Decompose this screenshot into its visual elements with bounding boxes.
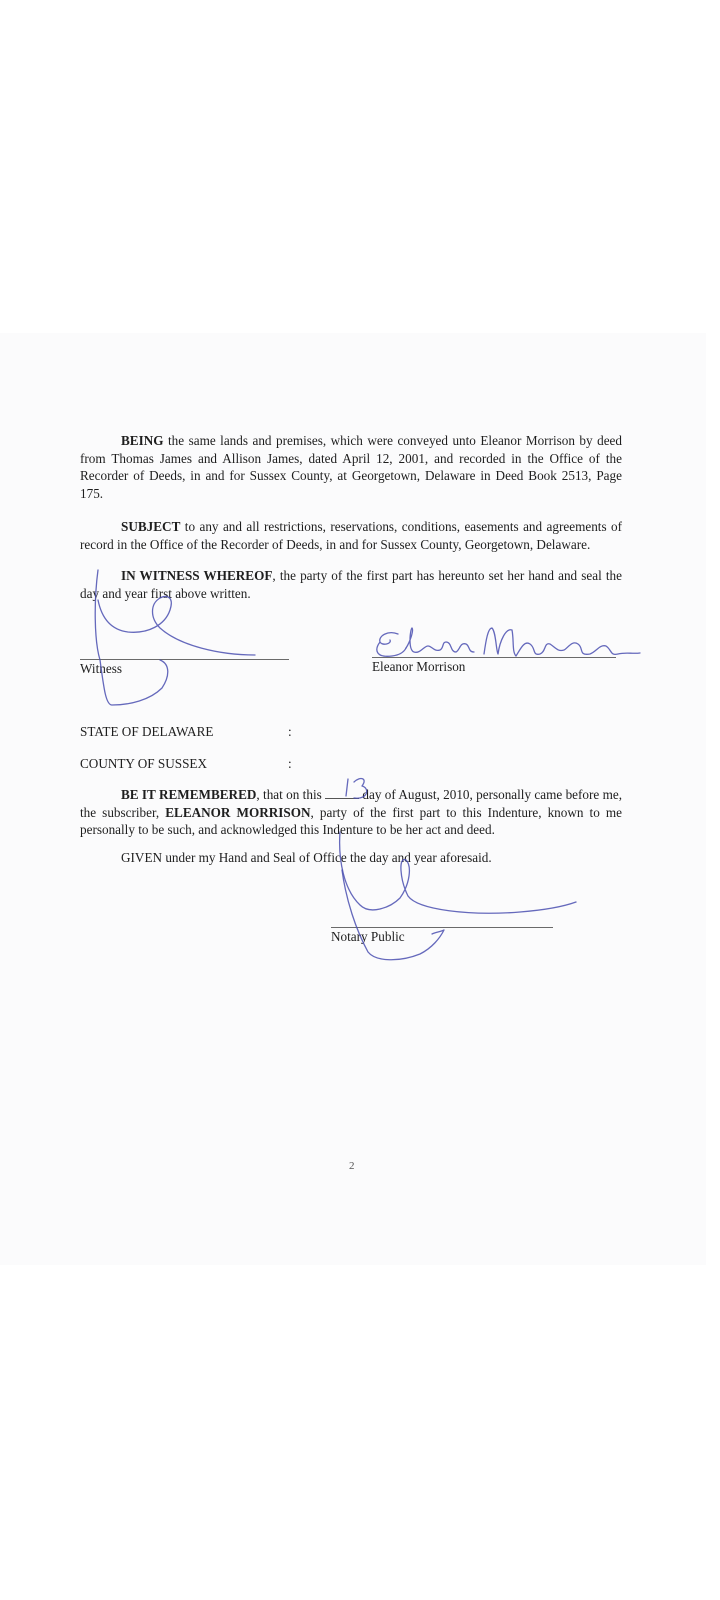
venue-state-separator: : xyxy=(288,724,292,740)
venue-county: COUNTY OF SUSSEX xyxy=(80,756,207,772)
grantor-signature-line xyxy=(372,657,616,658)
being-paragraph: BEING the same lands and premises, which… xyxy=(80,432,622,502)
venue-state: STATE OF DELAWARE xyxy=(80,724,213,740)
venue-county-separator: : xyxy=(288,756,292,772)
witness-signature-line xyxy=(80,659,289,660)
witness-label: Witness xyxy=(80,661,122,677)
notary-signature-line xyxy=(331,927,553,928)
acknowledgment-lead: BE IT REMEMBERED xyxy=(121,787,256,802)
given-paragraph: GIVEN under my Hand and Seal of Office t… xyxy=(80,849,622,867)
subject-lead: SUBJECT xyxy=(121,519,180,534)
given-text: GIVEN under my Hand and Seal of Office t… xyxy=(121,850,492,865)
being-lead: BEING xyxy=(121,433,164,448)
party-name: ELEANOR MORRISON xyxy=(165,805,310,820)
grantor-label: Eleanor Morrison xyxy=(372,659,465,675)
witness-whereof-paragraph: IN WITNESS WHEREOF, the party of the fir… xyxy=(80,567,622,602)
acknowledgment-paragraph: BE IT REMEMBERED, that on this day of Au… xyxy=(80,786,622,839)
subject-paragraph: SUBJECT to any and all restrictions, res… xyxy=(80,518,622,553)
acknowledgment-text-1: , that on this xyxy=(256,787,325,802)
deed-document: BEING the same lands and premises, which… xyxy=(0,0,720,1600)
day-blank xyxy=(325,786,359,799)
notary-label: Notary Public xyxy=(331,929,405,945)
page-number: 2 xyxy=(349,1160,355,1172)
witness-whereof-lead: IN WITNESS WHEREOF xyxy=(121,568,272,583)
